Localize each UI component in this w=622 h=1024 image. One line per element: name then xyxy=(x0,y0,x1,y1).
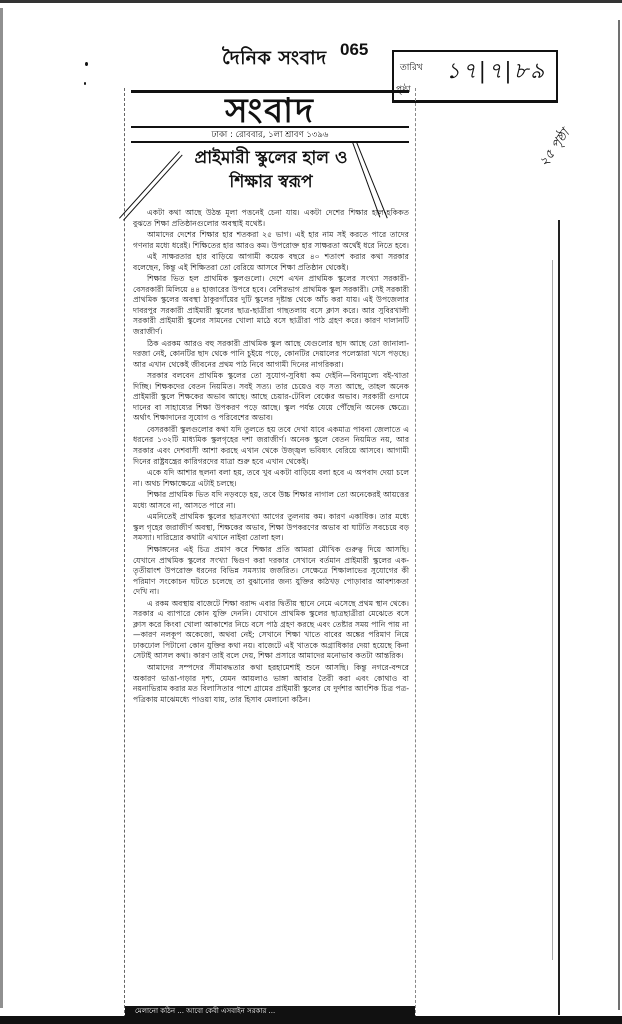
article-paragraph: একটা কথা আছে উঠন্ত মূলা পত্তনেই চেনা যায… xyxy=(133,208,409,229)
margin-handwritten-note: ২৫ পৃষ্ঠা xyxy=(535,126,576,173)
article-paragraph: আমাদের সম্পদের সীমাবদ্ধতার কথা হরহামেশাই… xyxy=(133,663,409,705)
ink-speck xyxy=(85,62,88,66)
clip-number: 065 xyxy=(340,40,368,60)
article-paragraph: এ রকম অবস্থায় বাজেটে শিক্ষা বরাদ্দ এবার… xyxy=(133,599,409,662)
article-paragraph: সরকার বলবেন প্রাথমিক স্কুলের তো সুযোগ-সু… xyxy=(133,371,409,424)
article-paragraph: শিক্ষাঙ্গনের এই চিত্র প্রমাণ করে শিক্ষার… xyxy=(133,545,409,598)
page-fold-line-faint xyxy=(552,260,553,960)
dateline: ঢাকা : রোববার, ১লা শ্রাবণ ১৩৯৬ xyxy=(125,128,415,142)
scan-right-border xyxy=(618,20,620,1010)
masthead: সংবাদ xyxy=(131,90,409,129)
masthead-rule-bottom xyxy=(131,141,409,143)
article-paragraph: ঠিক এরকম আরও বহু সরকারী প্রাথমিক স্কুল আ… xyxy=(133,339,409,371)
newspaper-name: দৈনিক সংবাদ xyxy=(222,44,327,76)
article-paragraph: একে যদি আশার ছলনা বলা হয়, তবে খুব একটা … xyxy=(133,468,409,489)
article-paragraph: শিক্ষার প্রাথমিক ভিত যদি নড়বড়ে হয়, তব… xyxy=(133,490,409,511)
date-label: তারিখ xyxy=(400,60,423,75)
newspaper-clipping: সংবাদ ঢাকা : রোববার, ১লা শ্রাবণ ১৩৯৬ প্র… xyxy=(124,88,416,1018)
scan-bottom-edge xyxy=(0,1016,622,1024)
article-body: একটা কথা আছে উঠন্ত মূলা পত্তনেই চেনা যায… xyxy=(133,208,409,706)
page-fold-line xyxy=(558,220,560,1015)
reference-stamp-box: তারিখ পৃষ্ঠা ১৭|৭|৮৯ xyxy=(392,50,558,103)
article-paragraph: এমনিতেই প্রাথমিক স্কুলের ছাত্রসংখ্যা আগে… xyxy=(133,512,409,544)
ink-speck xyxy=(84,82,86,85)
handwritten-date: ১৭|৭|৮৯ xyxy=(446,54,546,91)
scan-top-edge xyxy=(0,0,622,3)
clipping-bottom-strip: মেলানো কঠিন ... আবো কেবী এসবাইন সরকার ..… xyxy=(125,1006,415,1016)
article-paragraph: এই সাক্ষরতার হার বাড়িয়ে আগামী কয়েক বছ… xyxy=(133,252,409,273)
article-paragraph: শিক্ষার ভিত হল প্রাথমিক স্কুলগুলো। দেশে … xyxy=(133,274,409,337)
article-paragraph: আমাদের দেশের শিক্ষার হার শতকরা ২৫ ভাগ। এ… xyxy=(133,230,409,251)
article-paragraph: বেসরকারী স্কুলগুলোর কথা যদি তুলতে হয় তব… xyxy=(133,425,409,467)
scan-left-edge xyxy=(0,8,3,1008)
